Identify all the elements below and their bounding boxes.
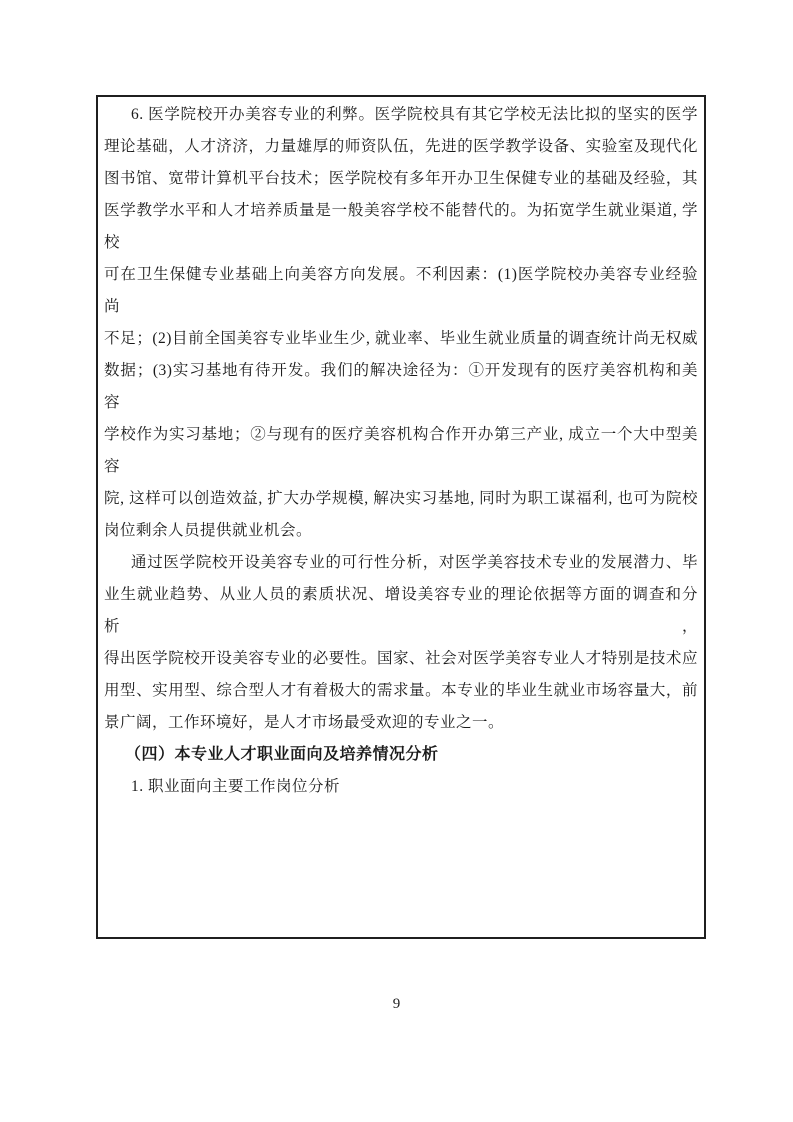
text-line: 不足；(2)目前全国美容专业毕业生少, 就业率、毕业生就业质量的调查统计尚无权威 xyxy=(104,323,698,355)
text-line: 6. 医学院校开办美容专业的利弊。医学院校具有其它学校无法比拟的坚实的医学 xyxy=(104,99,698,131)
text-line: 业生就业趋势、从业人员的素质状况、增设美容专业的理论依据等方面的调查和分析， xyxy=(104,579,698,643)
text-line: 学校作为实习基地；②与现有的医疗美容机构合作开办第三产业, 成立一个大中型美容 xyxy=(104,419,698,483)
page-footer: 9 xyxy=(0,996,793,1013)
text-line: 用型、实用型、综合型人才有着极大的需求量。本专业的毕业生就业市场容量大，前 xyxy=(104,675,698,707)
page-number: 9 xyxy=(393,996,401,1012)
text-line: 得出医学院校开设美容专业的必要性。国家、社会对医学美容专业人才特别是技术应 xyxy=(104,643,698,675)
text-line: （四）本专业人才职业面向及培养情况分析 xyxy=(104,739,698,771)
text-line: 岗位剩余人员提供就业机会。 xyxy=(104,515,698,547)
paragraph-job-orientation: 1. 职业面向主要工作岗位分析 xyxy=(104,771,698,803)
document-body: 6. 医学院校开办美容专业的利弊。医学院校具有其它学校无法比拟的坚实的医学理论基… xyxy=(104,99,698,803)
paragraph-feasibility-conclusion: 通过医学院校开设美容专业的可行性分析，对医学美容技术专业的发展潜力、毕业生就业趋… xyxy=(104,547,698,739)
text-line: 可在卫生保健专业基础上向美容方向发展。不利因素：(1)医学院校办美容专业经验尚 xyxy=(104,259,698,323)
document-page: 6. 医学院校开办美容专业的利弊。医学院校具有其它学校无法比拟的坚实的医学理论基… xyxy=(0,0,793,1122)
text-line: 景广阔，工作环境好，是人才市场最受欢迎的专业之一。 xyxy=(104,707,698,739)
text-line: 图书馆、宽带计算机平台技术；医学院校有多年开办卫生保健专业的基础及经验，其 xyxy=(104,163,698,195)
table-cell-border: 6. 医学院校开办美容专业的利弊。医学院校具有其它学校无法比拟的坚实的医学理论基… xyxy=(96,95,706,939)
heading-section-4: （四）本专业人才职业面向及培养情况分析 xyxy=(104,739,698,771)
paragraph-pros-cons: 6. 医学院校开办美容专业的利弊。医学院校具有其它学校无法比拟的坚实的医学理论基… xyxy=(104,99,698,547)
text-line: 理论基础，人才济济，力量雄厚的师资队伍，先进的医学教学设备、实验室及现代化 xyxy=(104,131,698,163)
text-line: 通过医学院校开设美容专业的可行性分析，对医学美容技术专业的发展潜力、毕 xyxy=(104,547,698,579)
text-line: 数据；(3)实习基地有待开发。我们的解决途径为：①开发现有的医疗美容机构和美容 xyxy=(104,355,698,419)
text-line: 医学教学水平和人才培养质量是一般美容学校不能替代的。为拓宽学生就业渠道, 学校 xyxy=(104,195,698,259)
text-line: 1. 职业面向主要工作岗位分析 xyxy=(104,771,698,803)
text-line: 院, 这样可以创造效益, 扩大办学规模, 解决实习基地, 同时为职工谋福利, 也… xyxy=(104,483,698,515)
